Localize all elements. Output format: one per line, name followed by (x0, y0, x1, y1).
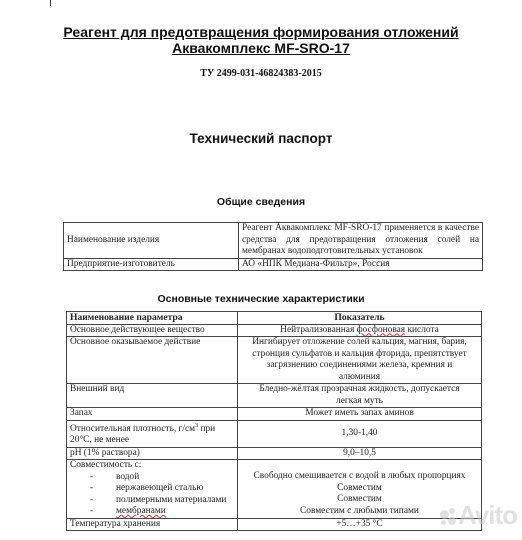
table-row: Температура хранения +5…+35 °С (67, 518, 482, 531)
compat-item: -нержавеющей сталью (70, 483, 234, 495)
row-label: Предприятие-изготовитель (64, 258, 239, 271)
general-info-table: Наименование изделия Реагент Аквакомплек… (63, 222, 483, 271)
row-value: 9,0–10,5 (238, 447, 482, 460)
row-value: АО «НПК Медиана-Фильтр», Россия (239, 258, 483, 271)
table-row: Основное действующее вещество Нейтрализо… (67, 324, 482, 337)
general-heading: Общие сведения (0, 196, 522, 208)
bullet-dash: - (90, 483, 116, 495)
column-header: Показатель (238, 312, 482, 325)
compat-item-label: полимерными материалами (116, 495, 226, 505)
compat-item-label: нержавеющей сталью (116, 483, 203, 493)
row-label: Температура хранения (67, 518, 238, 531)
bullet-dash: - (90, 495, 116, 507)
table-row: Запах Может иметь запах аминов (67, 408, 482, 421)
specs-table: Наименование параметра Показатель Основн… (66, 311, 482, 531)
row-value: Бледно-жёлтая прозрачная жидкость, допус… (238, 384, 482, 408)
compat-item-label: водой (116, 472, 139, 482)
avito-watermark: Avito (440, 500, 517, 531)
row-label: Наименование изделия (64, 223, 239, 259)
passport-heading: Технический паспорт (0, 131, 522, 146)
compat-item: -полимерными материалами (70, 495, 234, 507)
row-label: Совместимость с: -водой -нержавеющей ста… (67, 460, 238, 519)
ruler-marker (50, 0, 51, 6)
document-title-line-2: Аквакомплекс MF-SRO-17 (0, 40, 522, 56)
row-label: Основное действующее вещество (67, 324, 238, 337)
row-value: 1,30-1,40 (238, 420, 482, 447)
row-value: Нейтрализованная фосфоновая кислота (238, 324, 482, 337)
table-row: Относительная плотность, г/см3 при 20°С,… (67, 420, 482, 447)
specs-heading: Основные технические характеристики (0, 293, 522, 305)
bullet-dash: - (90, 506, 116, 518)
value-text: Нейтрализованная (280, 325, 356, 335)
compat-item: -водой (70, 472, 234, 484)
column-header: Наименование параметра (67, 312, 238, 325)
table-row-compatibility: Совместимость с: -водой -нержавеющей ста… (67, 460, 482, 519)
bullet-dash: - (90, 472, 116, 484)
value-text: кислота (405, 325, 439, 335)
table-row: pH (1% раствора) 9,0–10,5 (67, 447, 482, 460)
table-row: Внешний вид Бледно-жёлтая прозрачная жид… (67, 384, 482, 408)
row-label: pH (1% раствора) (67, 447, 238, 460)
avito-logo-icon (440, 508, 458, 526)
row-label: Запах (67, 408, 238, 421)
compat-item: -мембранами (70, 506, 234, 518)
label-text: Относительная плотность, г/см (70, 424, 195, 434)
row-label: Внешний вид (67, 384, 238, 408)
compat-value: Совместим (241, 483, 478, 495)
row-value: Ингибирует отложение солей кальция, магн… (238, 337, 482, 384)
compat-value: Свободно смешивается с водой в любых про… (241, 471, 478, 483)
document-title-line-1: Реагент для предотвращения формирования … (0, 24, 522, 40)
spec-number: ТУ 2499-031-46824383-2015 (0, 68, 522, 79)
spellcheck-underlined-word: фосфоновая (357, 325, 406, 335)
watermark-text: Avito (458, 500, 517, 530)
compat-item-label: мембранами (116, 506, 166, 516)
compatibility-label: Совместимость с: (70, 460, 141, 470)
table-header-row: Наименование параметра Показатель (67, 312, 482, 325)
row-value: Реагент Аквакомплекс MF-SRO-17 применяет… (239, 223, 483, 259)
row-value: Может иметь запах аминов (238, 408, 482, 421)
table-row: Основное оказываемое действие Ингибирует… (67, 337, 482, 384)
row-label: Относительная плотность, г/см3 при 20°С,… (67, 420, 238, 447)
table-row: Наименование изделия Реагент Аквакомплек… (64, 223, 483, 259)
table-row: Предприятие-изготовитель АО «НПК Медиана… (64, 258, 483, 271)
row-label: Основное оказываемое действие (67, 337, 238, 384)
